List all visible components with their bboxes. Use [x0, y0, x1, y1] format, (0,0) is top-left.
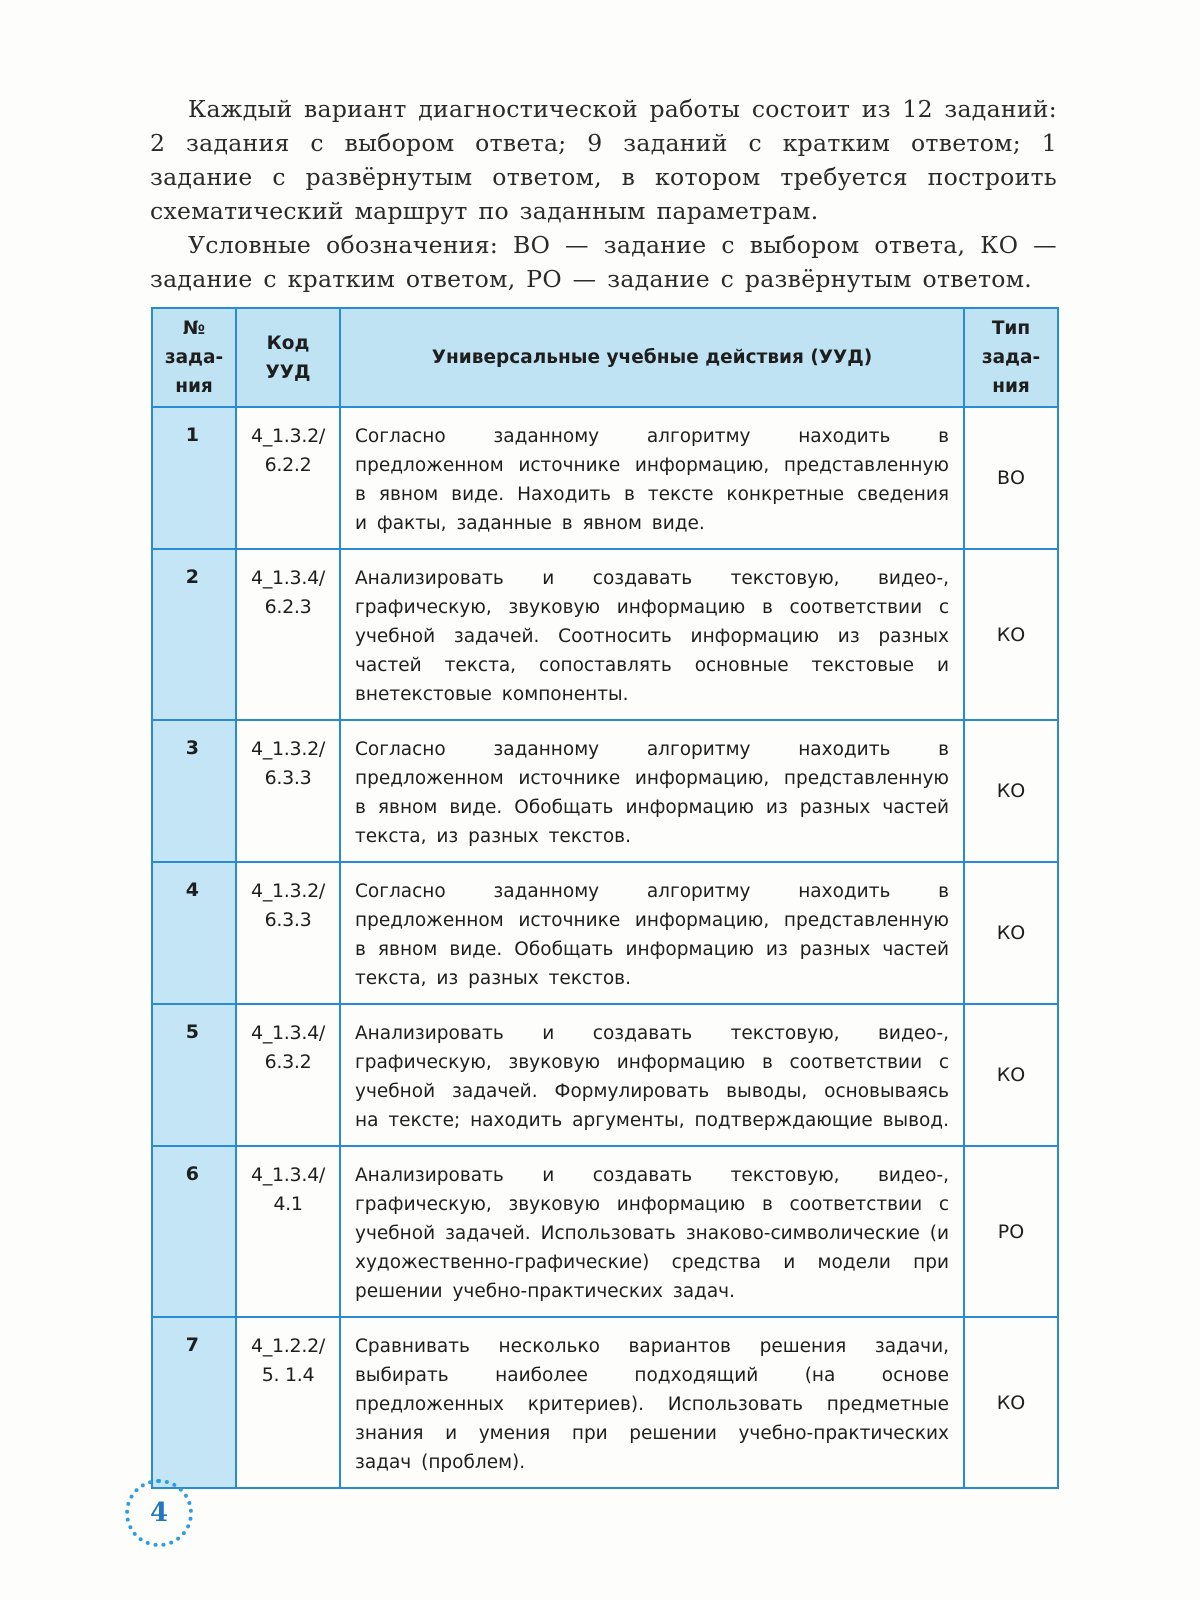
uud-description-cell: Согласно заданному алгоритму находить в … — [340, 407, 964, 549]
header-uud-description-label: Универсальные учебные действия (УУД) — [432, 347, 872, 368]
task-type-cell: КО — [964, 1317, 1058, 1488]
table-row: 74_1.2.2/ 5. 1.4Сравнивать несколько вар… — [152, 1317, 1058, 1488]
task-number-cell: 5 — [152, 1004, 236, 1146]
table-row: 24_1.3.4/ 6.2.3Анализировать и создавать… — [152, 549, 1058, 720]
uud-table: № зада-ния Код УУД Универсальные учебные… — [151, 307, 1059, 1489]
table-row: 54_1.3.4/ 6.3.2Анализировать и создавать… — [152, 1004, 1058, 1146]
task-type-cell: ВО — [964, 407, 1058, 549]
header-task-number: № зада-ния — [152, 308, 236, 407]
uud-description-cell: Согласно заданному алгоритму находить в … — [340, 862, 964, 1004]
uud-description-cell: Сравнивать несколько вариантов решения з… — [340, 1317, 964, 1488]
task-type-cell: КО — [964, 862, 1058, 1004]
intro-text: Каждый вариант диагностической работы со… — [150, 92, 1057, 296]
uud-description-cell: Анализировать и создавать текстовую, вид… — [340, 549, 964, 720]
task-number-cell: 1 — [152, 407, 236, 549]
task-number-cell: 6 — [152, 1146, 236, 1317]
task-type-cell: КО — [964, 549, 1058, 720]
uud-code-cell: 4_1.3.4/ 6.3.2 — [236, 1004, 340, 1146]
intro-paragraph-1: Каждый вариант диагностической работы со… — [150, 92, 1057, 228]
header-task-type: Тип зада-ния — [964, 308, 1058, 407]
task-type-cell: КО — [964, 1004, 1058, 1146]
task-number-cell: 7 — [152, 1317, 236, 1488]
task-type-cell: КО — [964, 720, 1058, 862]
uud-code-cell: 4_1.3.2/ 6.3.3 — [236, 720, 340, 862]
header-task-number-label: № зада-ния — [164, 314, 224, 401]
task-type-cell: РО — [964, 1146, 1058, 1317]
page-number-badge: 4 — [125, 1479, 193, 1547]
uud-description-cell: Согласно заданному алгоритму находить в … — [340, 720, 964, 862]
uud-code-cell: 4_1.3.2/ 6.3.3 — [236, 862, 340, 1004]
header-uud-code-label: Код УУД — [263, 329, 313, 387]
uud-code-cell: 4_1.3.2/ 6.2.2 — [236, 407, 340, 549]
table-row: 34_1.3.2/ 6.3.3Согласно заданному алгори… — [152, 720, 1058, 862]
uud-code-cell: 4_1.3.4/ 4.1 — [236, 1146, 340, 1317]
header-uud-description: Универсальные учебные действия (УУД) — [340, 308, 964, 407]
task-number-cell: 2 — [152, 549, 236, 720]
uud-description-cell: Анализировать и создавать текстовую, вид… — [340, 1004, 964, 1146]
task-number-cell: 4 — [152, 862, 236, 1004]
task-number-cell: 3 — [152, 720, 236, 862]
page-number: 4 — [150, 1498, 168, 1528]
intro-paragraph-2: Условные обозначения: ВО — задание с выб… — [150, 228, 1057, 296]
table-row: 14_1.3.2/ 6.2.2Согласно заданному алгори… — [152, 407, 1058, 549]
uud-description-cell: Анализировать и создавать текстовую, вид… — [340, 1146, 964, 1317]
table-row: 44_1.3.2/ 6.3.3Согласно заданному алгори… — [152, 862, 1058, 1004]
header-uud-code: Код УУД — [236, 308, 340, 407]
table-header-row: № зада-ния Код УУД Универсальные учебные… — [152, 308, 1058, 407]
uud-code-cell: 4_1.2.2/ 5. 1.4 — [236, 1317, 340, 1488]
table-row: 64_1.3.4/ 4.1Анализировать и создавать т… — [152, 1146, 1058, 1317]
uud-code-cell: 4_1.3.4/ 6.2.3 — [236, 549, 340, 720]
header-task-type-label: Тип зада-ния — [981, 314, 1041, 401]
